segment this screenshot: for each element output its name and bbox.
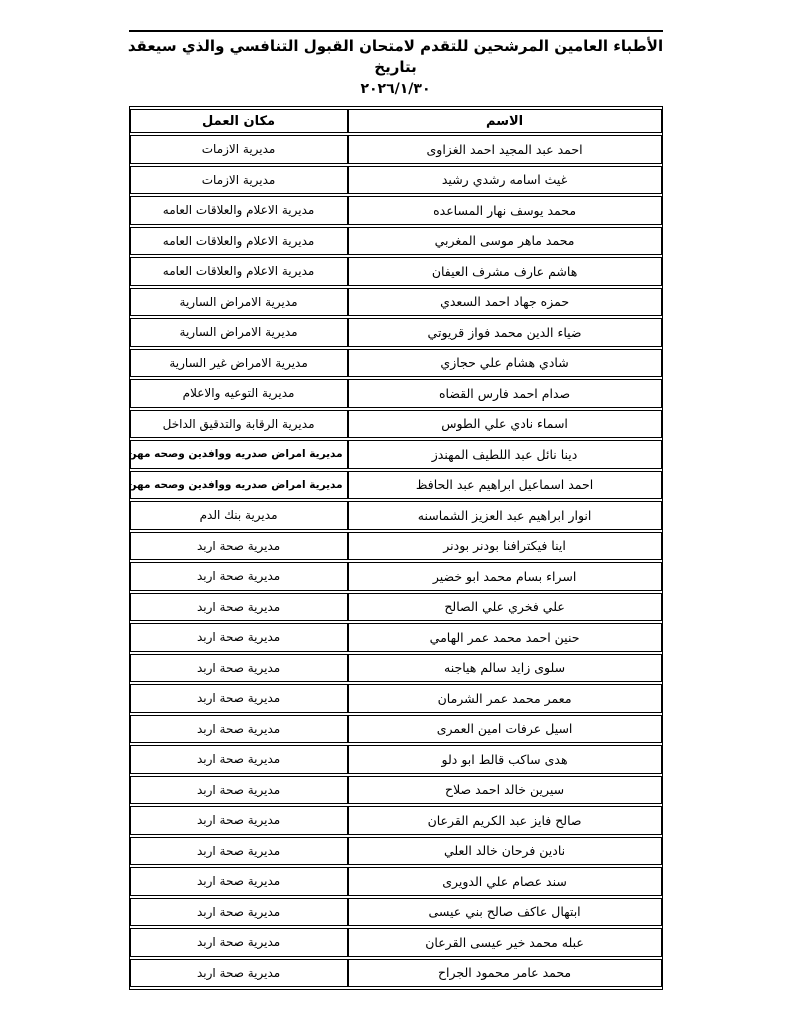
table-row: دينا نائل عبد اللطيف المهندزمديرية امراض… [130,440,662,469]
table-row: علي فخري علي الصالحمديرية صحة اربد [130,593,662,622]
name-cell: نادين فرحان خالد العلي [348,837,662,866]
header-row: الاسم مكان العمل [130,109,662,133]
table-row: اينا فيكترافنا بودنر بودنرمديرية صحة ارب… [130,532,662,561]
title-overline-rule [129,30,663,32]
name-cell: احمد عبد المجيد احمد الغزاوى [348,135,662,164]
name-cell: ابتهال عاكف صالح بني عيسى [348,898,662,927]
document-page: الأطباء العامين المرشحين للتقدم لامتحان … [0,0,791,1024]
workplace-cell: مديرية صحة اربد [130,562,348,591]
name-cell: هدى ساكب قالط ابو دلو [348,745,662,774]
name-cell: محمد عامر محمود الجراح [348,959,662,988]
table-row: محمد عامر محمود الجراحمديرية صحة اربد [130,959,662,988]
workplace-cell: مديرية الاعلام والعلاقات العامه [130,196,348,225]
workplace-cell: مديرية التوعيه والاعلام [130,379,348,408]
table-row: عبله محمد خير عيسى القرعانمديرية صحة ارب… [130,928,662,957]
workplace-cell: مديرية امراض صدريه ووافدين وصحه مهن [130,440,348,469]
workplace-cell: مديرية صحة اربد [130,623,348,652]
workplace-cell: مديرية امراض صدريه ووافدين وصحه مهن [130,471,348,500]
name-cell: صدام احمد فارس القضاه [348,379,662,408]
table-row: ابتهال عاكف صالح بني عيسىمديرية صحة اربد [130,898,662,927]
workplace-cell: مديرية الامراض السارية [130,288,348,317]
table-header: الاسم مكان العمل [130,109,662,133]
title-block: الأطباء العامين المرشحين للتقدم لامتحان … [0,2,791,99]
workplace-cell: مديرية صحة اربد [130,806,348,835]
workplace-cell: مديرية الاعلام والعلاقات العامه [130,257,348,286]
workplace-cell: مديرية الامراض السارية [130,318,348,347]
table-row: سند عصام علي الدويرىمديرية صحة اربد [130,867,662,896]
table-row: حمزه جهاد احمد السعديمديرية الامراض السا… [130,288,662,317]
name-cell: سلوى زايد سالم هياجنه [348,654,662,683]
name-cell: اسراء بسام محمد ابو خضير [348,562,662,591]
table-row: شادي هشام علي حجازيمديرية الامراض غير ال… [130,349,662,378]
table-row: معمر محمد عمر الشرمانمديرية صحة اربد [130,684,662,713]
document-title: الأطباء العامين المرشحين للتقدم لامتحان … [116,36,676,78]
workplace-cell: مديرية الرقابة والتدقيق الداخل [130,410,348,439]
table-row: اسيل عرفات امين العمرىمديرية صحة اربد [130,715,662,744]
name-cell: اسماء نادي علي الطوس [348,410,662,439]
name-cell: محمد ماهر موسى المغربي [348,227,662,256]
workplace-cell: مديرية بنك الدم [130,501,348,530]
name-cell: غيث اسامه رشدي رشيد [348,166,662,195]
workplace-cell: مديرية صحة اربد [130,776,348,805]
table-row: احمد عبد المجيد احمد الغزاوىمديرية الازم… [130,135,662,164]
table-row: هدى ساكب قالط ابو دلومديرية صحة اربد [130,745,662,774]
name-cell: سيرين خالد احمد صلاح [348,776,662,805]
name-cell: عبله محمد خير عيسى القرعان [348,928,662,957]
workplace-cell: مديرية الازمات [130,135,348,164]
name-cell: صالح فايز عبد الكريم القرعان [348,806,662,835]
workplace-cell: مديرية الامراض غير السارية [130,349,348,378]
document-title-date: ٢٠٢٦/١/٣٠ [0,79,791,99]
name-cell: احمد اسماعيل ابراهيم عبد الحافظ [348,471,662,500]
table-row: سلوى زايد سالم هياجنهمديرية صحة اربد [130,654,662,683]
workplace-cell: مديرية صحة اربد [130,654,348,683]
name-cell: انوار ابراهيم عبد العزيز الشماسنه [348,501,662,530]
workplace-cell: مديرية صحة اربد [130,684,348,713]
table-body: احمد عبد المجيد احمد الغزاوىمديرية الازم… [130,135,662,987]
workplace-cell: مديرية صحة اربد [130,867,348,896]
name-cell: ضياء الدين محمد فواز قريوتي [348,318,662,347]
name-cell: سند عصام علي الدويرى [348,867,662,896]
name-cell: اينا فيكترافنا بودنر بودنر [348,532,662,561]
table-row: غيث اسامه رشدي رشيدمديرية الازمات [130,166,662,195]
table-row: سيرين خالد احمد صلاحمديرية صحة اربد [130,776,662,805]
table-row: حنين احمد محمد عمر الهاميمديرية صحة اربد [130,623,662,652]
workplace-cell: مديرية الازمات [130,166,348,195]
table-row: نادين فرحان خالد العليمديرية صحة اربد [130,837,662,866]
name-cell: حنين احمد محمد عمر الهامي [348,623,662,652]
workplace-cell: مديرية الاعلام والعلاقات العامه [130,227,348,256]
table-row: صدام احمد فارس القضاهمديرية التوعيه والا… [130,379,662,408]
name-cell: اسيل عرفات امين العمرى [348,715,662,744]
name-cell: دينا نائل عبد اللطيف المهندز [348,440,662,469]
name-cell: حمزه جهاد احمد السعدي [348,288,662,317]
name-cell: هاشم عارف مشرف العيفان [348,257,662,286]
workplace-cell: مديرية صحة اربد [130,928,348,957]
column-header-name: الاسم [348,109,662,133]
table-row: انوار ابراهيم عبد العزيز الشماسنهمديرية … [130,501,662,530]
name-cell: معمر محمد عمر الشرمان [348,684,662,713]
table-row: اسماء نادي علي الطوسمديرية الرقابة والتد… [130,410,662,439]
workplace-cell: مديرية صحة اربد [130,745,348,774]
table-row: صالح فايز عبد الكريم القرعانمديرية صحة ا… [130,806,662,835]
table-row: محمد ماهر موسى المغربيمديرية الاعلام وال… [130,227,662,256]
table-row: احمد اسماعيل ابراهيم عبد الحافظمديرية ام… [130,471,662,500]
workplace-cell: مديرية صحة اربد [130,715,348,744]
workplace-cell: مديرية صحة اربد [130,898,348,927]
workplace-cell: مديرية صحة اربد [130,532,348,561]
column-header-workplace: مكان العمل [130,109,348,133]
name-cell: علي فخري علي الصالح [348,593,662,622]
candidates-table: الاسم مكان العمل احمد عبد المجيد احمد ال… [129,106,663,990]
workplace-cell: مديرية صحة اربد [130,593,348,622]
name-cell: محمد يوسف نهار المساعده [348,196,662,225]
table-row: هاشم عارف مشرف العيفانمديرية الاعلام وال… [130,257,662,286]
name-cell: شادي هشام علي حجازي [348,349,662,378]
workplace-cell: مديرية صحة اربد [130,837,348,866]
table-row: ضياء الدين محمد فواز قريوتيمديرية الامرا… [130,318,662,347]
workplace-cell: مديرية صحة اربد [130,959,348,988]
table-row: اسراء بسام محمد ابو خضيرمديرية صحة اربد [130,562,662,591]
table-row: محمد يوسف نهار المساعدهمديرية الاعلام وا… [130,196,662,225]
